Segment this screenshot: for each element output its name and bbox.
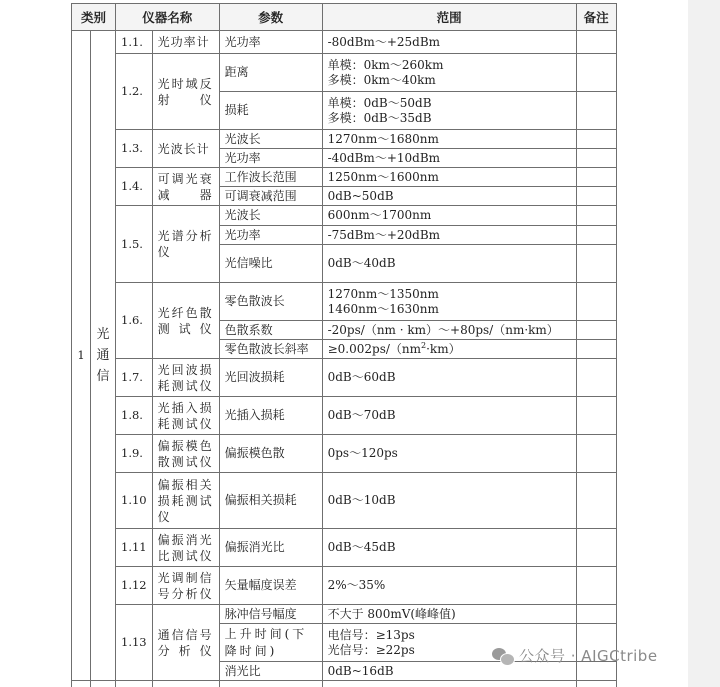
item-number: 1.9. xyxy=(116,435,153,473)
parameter-cell: 光波长 xyxy=(219,206,322,226)
item-number: 1.8. xyxy=(116,397,153,435)
range-cell: 1270nm～1680nm xyxy=(322,130,576,149)
item-name: 光调制信号分析仪 xyxy=(152,567,219,605)
range-cell: -80dBm～+25dBm xyxy=(322,31,576,54)
item-number: 1.1. xyxy=(116,31,153,54)
item-name: 偏振相关损耗测试仪 xyxy=(152,473,219,529)
notes-cell xyxy=(576,92,616,130)
table-row: 1.11 偏振消光比测试仪 偏振消光比 0dB～45dB xyxy=(72,529,617,567)
header-parameter: 参数 xyxy=(219,4,322,31)
parameter-cell: 消光比 xyxy=(219,662,322,681)
notes-cell xyxy=(576,435,616,473)
table-row: 1.10 偏振相关损耗测试仪 偏振相关损耗 0dB～10dB xyxy=(72,473,617,529)
range-cell: 1250nm～1600nm xyxy=(322,168,576,187)
wechat-icon xyxy=(492,647,514,665)
item-name: 光回波损耗测试仪 xyxy=(152,359,219,397)
watermark: 公众号 · AIGCtribe xyxy=(492,645,658,666)
item-number: 1.7. xyxy=(116,359,153,397)
table-row: 1.12 光调制信号分析仪 矢量幅度误差 2%～35% xyxy=(72,567,617,605)
range-cell: 2%～35% xyxy=(322,567,576,605)
parameter-cell: 光功率 xyxy=(219,149,322,168)
table-row: 1.6. 光纤色散测试仪 零色散波长 1270nm～1350nm 1460nm～… xyxy=(72,283,617,321)
item-name: 光波长计 xyxy=(152,130,219,168)
range-cell: 600nm～1700nm xyxy=(322,206,576,226)
notes-cell xyxy=(576,245,616,283)
notes-cell xyxy=(576,226,616,245)
parameter-cell: 偏振消光比 xyxy=(219,529,322,567)
parameter-cell: 偏振模色散 xyxy=(219,435,322,473)
notes-cell xyxy=(576,187,616,206)
range-cell: 0dB～40dB xyxy=(322,245,576,283)
item-name: 可调光衰减器 xyxy=(152,168,219,206)
parameter-cell: 零色散波长斜率 xyxy=(219,340,322,359)
parameter-cell: 色散系数 xyxy=(219,321,322,340)
header-instrument-name: 仪器名称 xyxy=(116,4,220,31)
header-range: 范围 xyxy=(322,4,576,31)
range-cell: -20ps/（nm · km）～+80ps/（nm·km） xyxy=(322,321,576,340)
notes-cell xyxy=(576,130,616,149)
notes-cell xyxy=(576,340,616,359)
item-name: 光插入损耗测试仪 xyxy=(152,397,219,435)
notes-cell xyxy=(576,321,616,340)
notes-cell xyxy=(576,31,616,54)
table-row: 1.5. 光谱分析仪 光波长 600nm～1700nm xyxy=(72,206,617,226)
notes-cell xyxy=(576,529,616,567)
parameter-cell: 可调衰减范围 xyxy=(219,187,322,206)
parameter-cell: 光波长 xyxy=(219,130,322,149)
notes-cell xyxy=(576,397,616,435)
item-number: 1.3. xyxy=(116,130,153,168)
notes-cell xyxy=(576,168,616,187)
notes-cell xyxy=(576,149,616,168)
watermark-text: 公众号 · AIGCtribe xyxy=(519,645,658,666)
range-cell: 单模：0km～260km 多模：0km～40km xyxy=(322,54,576,92)
range-cell: 1270nm～1350nm 1460nm～1630nm xyxy=(322,283,576,321)
notes-cell xyxy=(576,283,616,321)
item-number: 1.4. xyxy=(116,168,153,206)
instrument-spec-table: 类别 仪器名称 参数 范围 备注 1 光 通 信 1.1. 光功率计 光功率 -… xyxy=(71,3,617,687)
item-name: 光纤色散测试仪 xyxy=(152,283,219,359)
table-row: 1.13 通信信号分析仪 脉冲信号幅度 不大于 800mV(峰峰值) xyxy=(72,605,617,624)
range-cell: 0dB～70dB xyxy=(322,397,576,435)
item-name: 偏振消光比测试仪 xyxy=(152,529,219,567)
item-name: 光功率计 xyxy=(152,31,219,54)
range-cell: -75dBm～+20dBm xyxy=(322,226,576,245)
parameter-cell: 脉冲信号幅度 xyxy=(219,605,322,624)
range-cell: 单模：0dB～50dB 多模：0dB～35dB xyxy=(322,92,576,130)
parameter-cell: 工作波长范围 xyxy=(219,168,322,187)
range-cell: 不大于 800mV(峰峰值) xyxy=(322,605,576,624)
table-row: 1.4. 可调光衰减器 工作波长范围 1250nm～1600nm xyxy=(72,168,617,187)
parameter-cell: 上升时间(下降时间) xyxy=(219,624,322,662)
notes-cell xyxy=(576,473,616,529)
notes-cell xyxy=(576,359,616,397)
parameter-cell: 偏振相关损耗 xyxy=(219,473,322,529)
header-category: 类别 xyxy=(72,4,116,31)
table-row: 1.2. 光时域反射仪 距离 单模：0km～260km 多模：0km～40km xyxy=(72,54,617,92)
table-row: 1.7. 光回波损耗测试仪 光回波损耗 0dB～60dB xyxy=(72,359,617,397)
item-number: 1.2. xyxy=(116,54,153,130)
range-cell: 0dB～10dB xyxy=(322,473,576,529)
table-row: 1.8. 光插入损耗测试仪 光插入损耗 0dB～70dB xyxy=(72,397,617,435)
parameter-cell: 距离 xyxy=(219,54,322,92)
range-cell: -40dBm～+10dBm xyxy=(322,149,576,168)
notes-cell xyxy=(576,206,616,226)
item-number: 1.11 xyxy=(116,529,153,567)
item-number: 1.5. xyxy=(116,206,153,283)
parameter-cell: 光插入损耗 xyxy=(219,397,322,435)
range-cell: 0dB～60dB xyxy=(322,359,576,397)
notes-cell xyxy=(576,54,616,92)
category-number: 1 xyxy=(72,31,91,681)
header-row: 类别 仪器名称 参数 范围 备注 xyxy=(72,4,617,31)
parameter-cell: 光回波损耗 xyxy=(219,359,322,397)
item-name: 通信信号分析仪 xyxy=(152,605,219,681)
parameter-cell: 光功率 xyxy=(219,226,322,245)
page-margin-strip xyxy=(688,0,720,687)
item-number: 1.12 xyxy=(116,567,153,605)
table-row: 1 光 通 信 1.1. 光功率计 光功率 -80dBm～+25dBm xyxy=(72,31,617,54)
table-row-partial xyxy=(72,681,617,687)
parameter-cell: 损耗 xyxy=(219,92,322,130)
range-cell: 0dB～45dB xyxy=(322,529,576,567)
item-name: 光时域反射仪 xyxy=(152,54,219,130)
parameter-cell: 光功率 xyxy=(219,31,322,54)
parameter-cell: 光信噪比 xyxy=(219,245,322,283)
item-name: 偏振模色散测试仪 xyxy=(152,435,219,473)
notes-cell xyxy=(576,605,616,624)
parameter-cell: 矢量幅度误差 xyxy=(219,567,322,605)
item-number: 1.6. xyxy=(116,283,153,359)
table-row: 1.9. 偏振模色散测试仪 偏振模色散 0ps～120ps xyxy=(72,435,617,473)
item-name: 光谱分析仪 xyxy=(152,206,219,283)
item-number: 1.10 xyxy=(116,473,153,529)
notes-cell xyxy=(576,567,616,605)
range-cell: ≥0.002ps/（nm2·km） xyxy=(322,340,576,359)
table-row: 1.3. 光波长计 光波长 1270nm～1680nm xyxy=(72,130,617,149)
range-cell: 0dB~50dB xyxy=(322,187,576,206)
range-cell: 0ps～120ps xyxy=(322,435,576,473)
category-name: 光 通 信 xyxy=(91,31,116,681)
parameter-cell: 零色散波长 xyxy=(219,283,322,321)
item-number: 1.13 xyxy=(116,605,153,681)
header-notes: 备注 xyxy=(576,4,616,31)
